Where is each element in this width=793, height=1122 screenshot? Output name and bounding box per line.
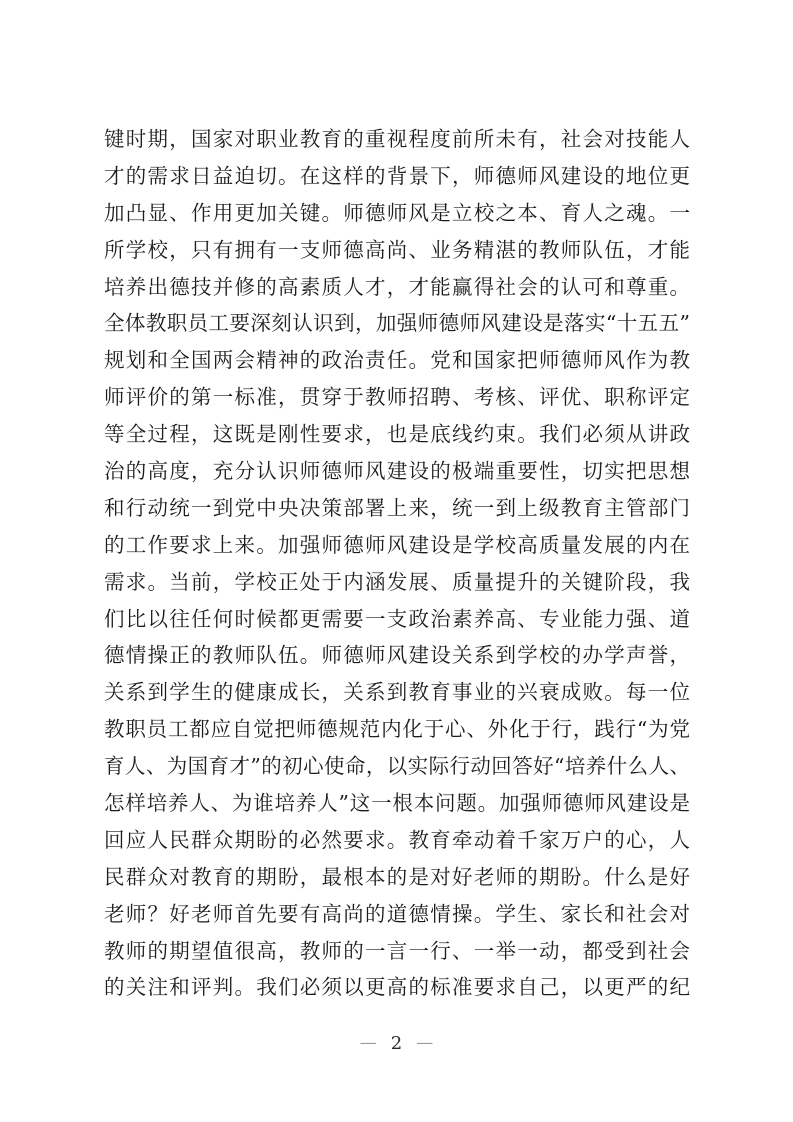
text-line: 关系到学生的健康成长，关系到教育事业的兴衰成败。每一位 [104,674,690,711]
page-footer: —2— [0,1031,793,1057]
text-line: 师评价的第一标准，贯穿于教师招聘、考核、评优、职称评定 [104,379,690,416]
text-line: 教职员工都应自觉把师德规范内化于心、外化于行，践行“为党 [104,711,690,748]
text-line: 培养出德技并修的高素质人才，才能赢得社会的认可和尊重。 [104,269,690,306]
text-line: 民群众对教育的期盼，最根本的是对好老师的期盼。什么是好 [104,859,690,896]
text-line: 教师的期望值很高，教师的一言一行、一举一动，都受到社会 [104,933,690,970]
document-page: 键时期，国家对职业教育的重视程度前所未有，社会对技能人才的需求日益迫切。在这样的… [0,0,793,1122]
text-line: 治的高度，充分认识师德师风建设的极端重要性，切实把思想 [104,453,690,490]
text-line: 键时期，国家对职业教育的重视程度前所未有，社会对技能人 [104,121,690,158]
footer-right-dash: — [416,1033,433,1053]
text-line: 育人、为国育才”的初心使命，以实际行动回答好“培养什么人、 [104,748,690,785]
text-line: 的关注和评判。我们必须以更高的标准要求自己，以更严的纪 [104,969,690,1006]
text-line: 和行动统一到党中央决策部署上来，统一到上级教育主管部门 [104,490,690,527]
text-line: 怎样培养人、为谁培养人”这一根本问题。加强师德师风建设是 [104,785,690,822]
text-line: 的工作要求上来。加强师德师风建设是学校高质量发展的内在 [104,527,690,564]
text-line: 加凸显、作用更加关键。师德师风是立校之本、育人之魂。一 [104,195,690,232]
text-line: 全体教职员工要深刻认识到，加强师德师风建设是落实“十五五” [104,305,690,342]
text-line: 回应人民群众期盼的必然要求。教育牵动着千家万户的心，人 [104,822,690,859]
footer-left-dash: — [360,1033,377,1053]
page-number: 2 [391,1033,402,1054]
text-line: 等全过程，这既是刚性要求，也是底线约束。我们必须从讲政 [104,416,690,453]
text-line: 所学校，只有拥有一支师德高尚、业务精湛的教师队伍，才能 [104,232,690,269]
text-line: 老师？好老师首先要有高尚的道德情操。学生、家长和社会对 [104,896,690,933]
body-text: 键时期，国家对职业教育的重视程度前所未有，社会对技能人才的需求日益迫切。在这样的… [104,121,690,1006]
text-line: 才的需求日益迫切。在这样的背景下，师德师风建设的地位更 [104,158,690,195]
text-line: 德情操正的教师队伍。师德师风建设关系到学校的办学声誉， [104,637,690,674]
text-line: 们比以往任何时候都更需要一支政治素养高、专业能力强、道 [104,601,690,638]
text-line: 需求。当前，学校正处于内涵发展、质量提升的关键阶段，我 [104,564,690,601]
text-line: 规划和全国两会精神的政治责任。党和国家把师德师风作为教 [104,342,690,379]
